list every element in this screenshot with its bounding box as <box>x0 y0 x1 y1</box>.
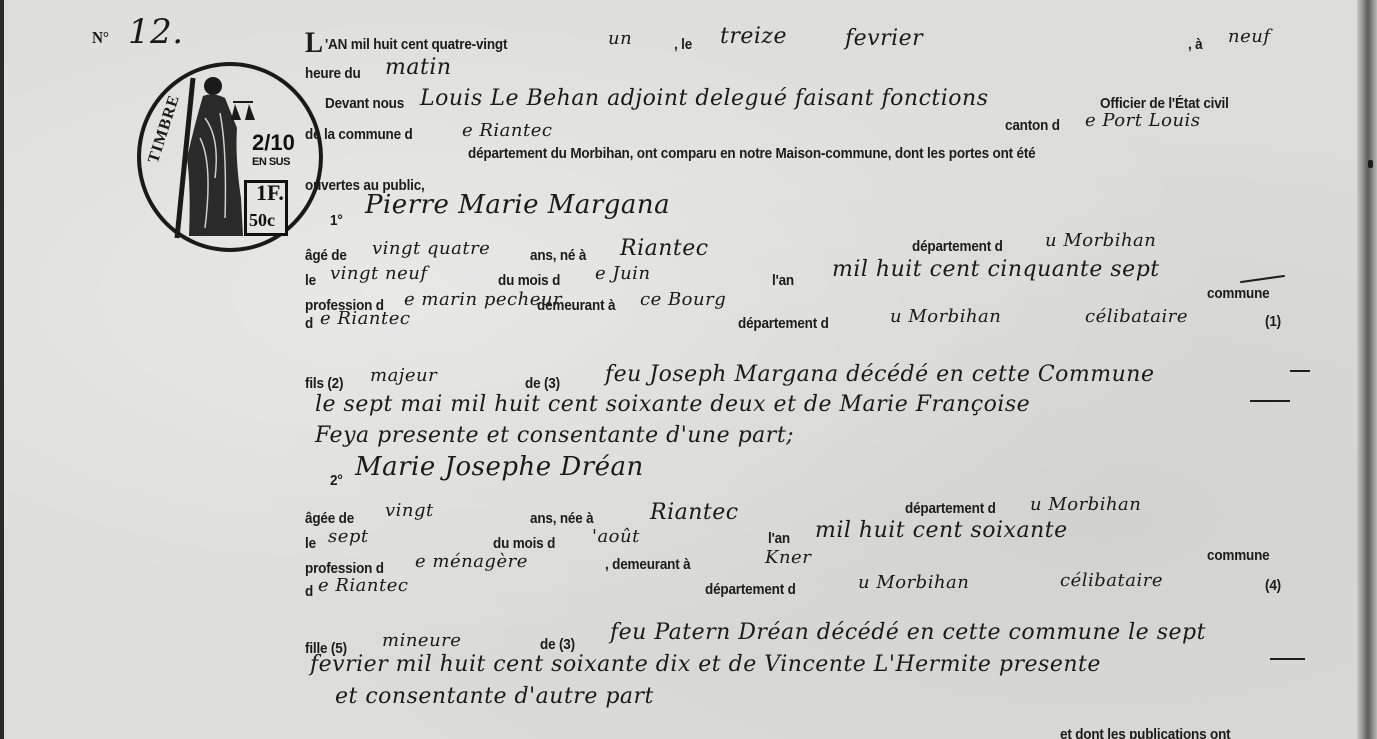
bride-dept2-label: département d <box>705 581 796 598</box>
record-number-value: 12. <box>128 12 184 52</box>
groom-dept-label: département d <box>912 238 1003 255</box>
groom-son-label: fils (2) <box>305 375 343 392</box>
stamp-price-cents: 50c <box>249 210 275 231</box>
groom-dept2-value: u Morbihan <box>890 306 1001 327</box>
handwritten-canton: e Port Louis <box>1085 110 1201 131</box>
bride-year-value: mil huit cent soixante <box>815 518 1068 543</box>
stamp-en-sus: EN SUS <box>252 156 290 168</box>
bride-dept-label: département d <box>905 500 996 517</box>
binding-mark <box>1368 160 1373 168</box>
groom-parents-line1: feu Joseph Margana décédé en cette Commu… <box>605 362 1155 387</box>
groom-day-label: le <box>305 272 316 289</box>
groom-age-label: âgé de <box>305 247 347 264</box>
groom-parents-line2: le sept mai mil huit cent soixante deux … <box>315 392 1030 417</box>
bride-commune-value: e Riantec <box>318 575 408 596</box>
big-initial: L <box>305 26 323 60</box>
groom-residence-value: ce Bourg <box>640 289 726 310</box>
bride-parents-line1: feu Patern Dréan décédé en cette commune… <box>610 620 1206 645</box>
groom-dept-value: u Morbihan <box>1045 230 1156 251</box>
flourish-line <box>1270 658 1305 660</box>
groom-commune-label: commune <box>1207 285 1270 302</box>
handwritten-month: fevrier <box>845 26 923 51</box>
groom-marital-status: célibataire <box>1085 306 1188 327</box>
bride-month-label: du mois d <box>493 535 555 552</box>
bride-dept-value: u Morbihan <box>1030 494 1141 515</box>
footer-cut-text: et dont les publications ont <box>1060 726 1230 739</box>
groom-commune-value: e Riantec <box>320 308 410 329</box>
stamp-price-franc: 1F. <box>256 180 284 206</box>
bride-age-label: âgée de <box>305 510 354 527</box>
bride-of-label: de (3) <box>540 636 575 653</box>
book-spine <box>1357 0 1377 739</box>
header-print-commune: de la commune d <box>305 126 413 143</box>
bride-parents-line3: et consentante d'autre part <box>335 684 654 709</box>
flourish-line <box>1250 400 1290 402</box>
groom-born-place: Riantec <box>620 236 709 261</box>
groom-son-value: majeur <box>370 365 437 386</box>
groom-note-ref: (1) <box>1265 313 1281 330</box>
header-print-departement: département du Morbihan, ont comparu en … <box>468 145 1036 162</box>
flourish-line <box>1240 275 1285 283</box>
bride-marital-status: célibataire <box>1060 570 1163 591</box>
bride-commune-d: d <box>305 583 313 600</box>
groom-dept2-label: département d <box>738 315 829 332</box>
bride-prof-value: e ménagère <box>415 551 528 572</box>
bride-month-value: 'août <box>592 526 640 547</box>
header-print-le: , le <box>674 36 692 53</box>
bride-age-value: vingt <box>385 500 434 521</box>
bride-day-value: sept <box>328 526 369 547</box>
header-print-heure: heure du <box>305 65 361 82</box>
header-print-year: 'AN mil huit cent quatre-vingt <box>325 36 507 53</box>
bride-year-label: l'an <box>768 530 790 547</box>
justice-figure-icon <box>165 68 255 243</box>
groom-day-value: vingt neuf <box>330 263 428 284</box>
record-number-label: N° <box>92 28 109 48</box>
groom-year-value: mil huit cent cinquante sept <box>832 257 1160 282</box>
register-page: N° 12. TIMBRE 2/10 EN SUS 1F. 50c L 'AN … <box>0 0 1377 739</box>
bride-dept2-value: u Morbihan <box>858 572 969 593</box>
groom-residence-label: demeurant à <box>537 297 615 314</box>
groom-commune-d: d <box>305 315 313 332</box>
handwritten-commune: e Riantec <box>462 120 552 141</box>
handwritten-time-of-day: matin <box>385 55 452 80</box>
groom-month-label: du mois d <box>498 272 560 289</box>
bride-born-place: Riantec <box>650 500 739 525</box>
bride-index: 2° <box>330 472 343 489</box>
groom-name: Pierre Marie Margana <box>365 190 670 220</box>
bride-daughter-value: mineure <box>382 630 461 651</box>
groom-age-value: vingt quatre <box>372 238 490 259</box>
page-edge-shadow <box>0 0 4 739</box>
header-print-canton: canton d <box>1005 117 1060 134</box>
handwritten-day: treize <box>720 24 787 49</box>
bride-name: Marie Josephe Dréan <box>355 452 644 482</box>
groom-of-label: de (3) <box>525 375 560 392</box>
stamp-tax-fraction: 2/10 <box>252 130 295 156</box>
handwritten-hour: neuf <box>1228 26 1271 47</box>
bride-commune-label: commune <box>1207 547 1270 564</box>
groom-born-label: ans, né à <box>530 247 586 264</box>
groom-month-value: e Juin <box>595 263 651 284</box>
handwritten-officer: Louis Le Behan adjoint delegué faisant f… <box>420 86 989 111</box>
bride-residence-value: Kner <box>765 547 811 568</box>
groom-year-label: l'an <box>772 272 794 289</box>
bride-parents-line2: fevrier mil huit cent soixante dix et de… <box>310 652 1101 677</box>
groom-index: 1° <box>330 212 343 229</box>
header-print-devant: Devant nous <box>325 95 404 112</box>
handwritten-year: un <box>608 28 632 49</box>
bride-note-ref: (4) <box>1265 577 1281 594</box>
flourish-line <box>1290 370 1310 372</box>
bride-day-label: le <box>305 535 316 552</box>
groom-parents-line3: Feya presente et consentante d'une part; <box>315 423 794 448</box>
bride-residence-label: , demeurant à <box>605 556 690 573</box>
header-print-a: , à <box>1188 36 1202 53</box>
bride-born-label: ans, née à <box>530 510 593 527</box>
